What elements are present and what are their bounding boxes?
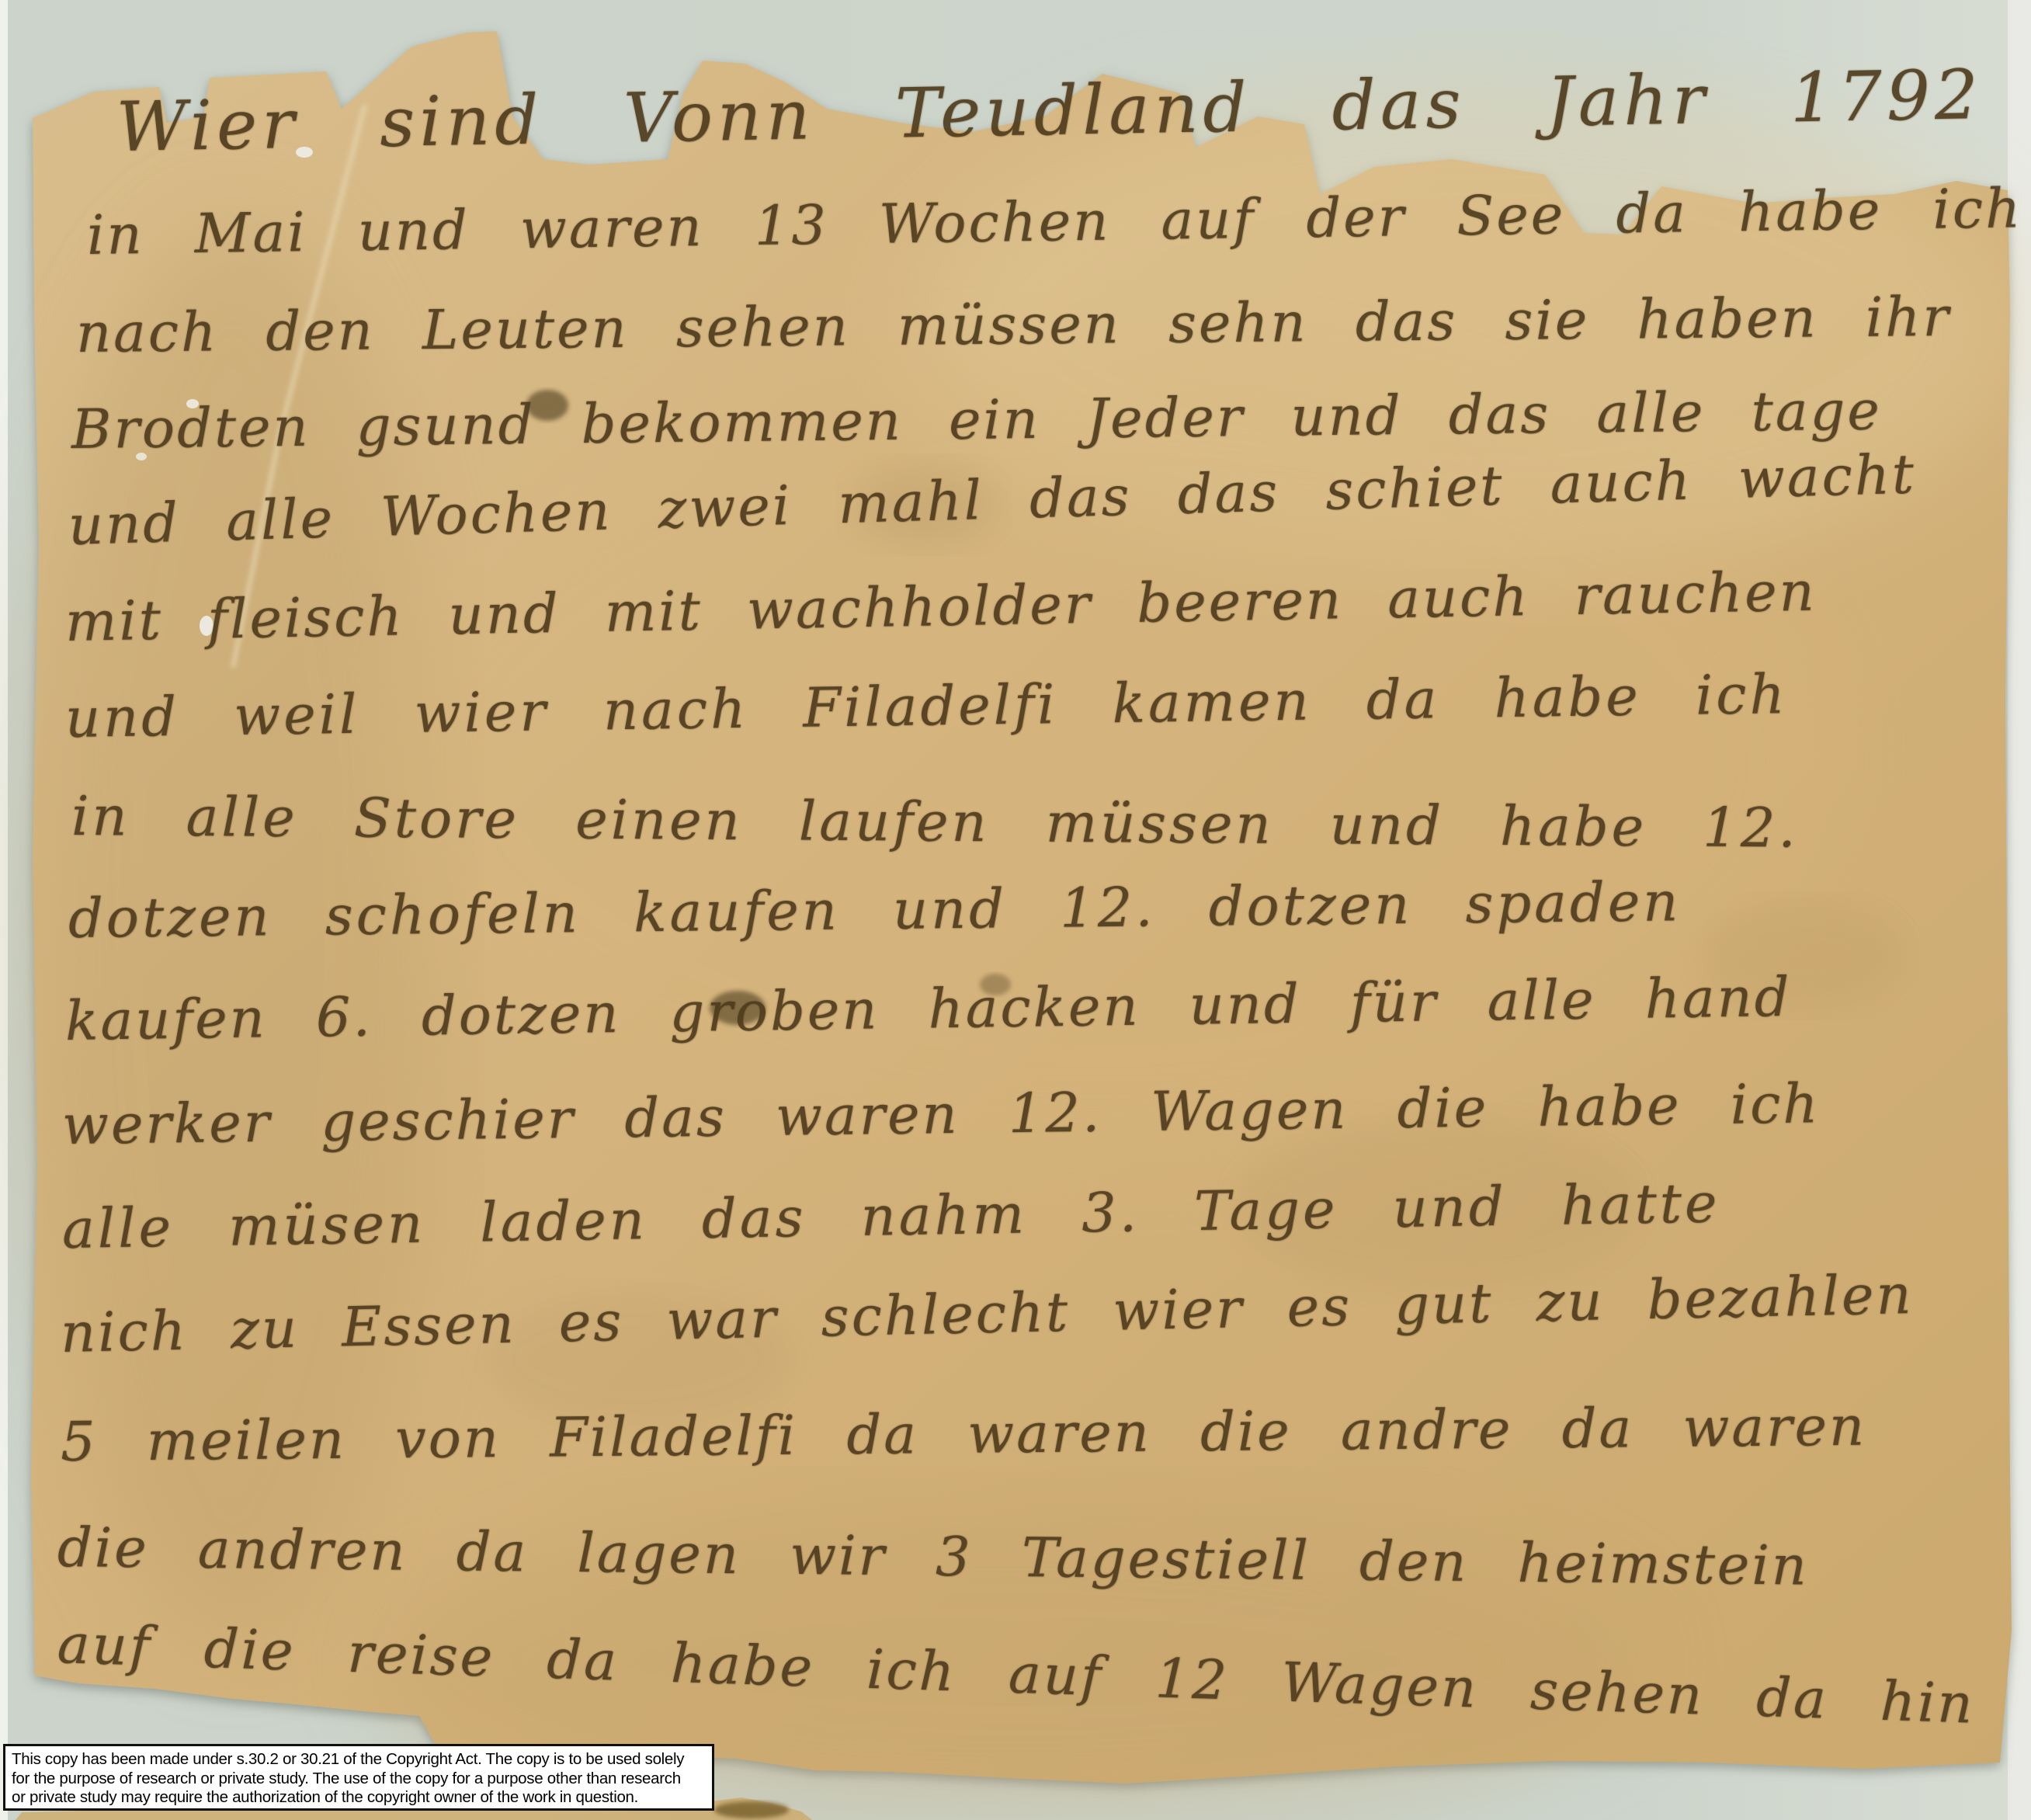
scanned-letter-page: Wier sind Vonn Teudland das Jahr 1792 in… [0,0,2031,1820]
manuscript-line-11: werker geschier das waren 12. Wagen die … [61,1072,1820,1157]
manuscript-line-3: nach den Leuten sehen müssen sehn das si… [76,285,1951,365]
manuscript-line-10: kaufen 6. dotzen groben hacken und für a… [64,965,1792,1053]
copyright-notice-line-3: or private study may require the authori… [12,1788,706,1808]
manuscript-line-12: alle müsen laden das nahm 3. Tage und ha… [61,1171,1720,1261]
manuscript-line-5: und alle Wochen zwei mahl das das schiet… [68,443,1917,557]
manuscript-line-7: und weil wier nach Filadelfi kamen da ha… [64,662,1788,750]
manuscript-text: Wier sind Vonn Teudland das Jahr 1792 in… [0,0,2031,1820]
manuscript-line-1: Wier sind Vonn Teudland das Jahr 1792 [116,54,1984,167]
manuscript-line-13: nich zu Essen es war schlecht wier es gu… [60,1263,1914,1365]
manuscript-line-16: auf die reise da habe ich auf 12 Wagen s… [57,1612,1976,1736]
manuscript-line-15: die andren da lagen wir 3 Tagestiell den… [57,1516,1810,1598]
manuscript-line-6: mit fleisch und mit wachholder beeren au… [64,560,1817,654]
manuscript-line-14: 5 meilen von Filadelfi da waren die andr… [61,1395,1867,1474]
copyright-notice-line-1: This copy has been made under s.30.2 or … [12,1750,706,1770]
manuscript-line-4: Brodten gsund bekommen ein Jeder und das… [71,379,1883,461]
copyright-notice: This copy has been made under s.30.2 or … [3,1744,714,1811]
manuscript-line-9: dotzen schofeln kaufen und 12. dotzen sp… [68,870,1682,950]
manuscript-line-8: in alle Store einen laufen müssen und ha… [71,784,1799,860]
copyright-notice-line-2: for the purpose of research or private s… [12,1770,706,1789]
manuscript-line-2: in Mai und waren 13 Wochen auf der See d… [86,176,2022,267]
